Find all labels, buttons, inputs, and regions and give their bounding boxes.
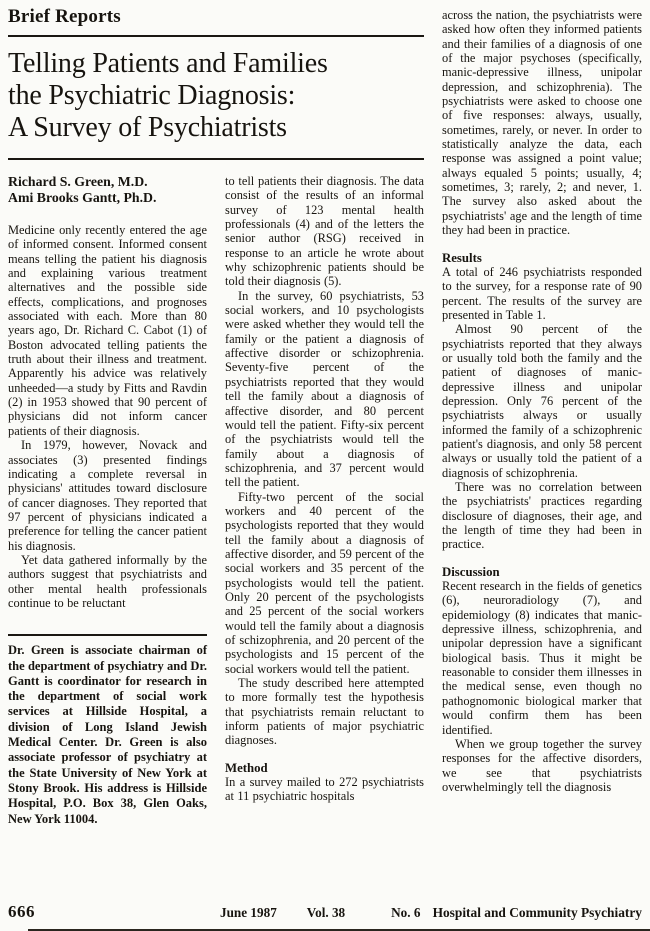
section-kicker: Brief Reports bbox=[8, 6, 424, 28]
page-number: 666 bbox=[8, 902, 35, 922]
paragraph: When we group together the survey respon… bbox=[442, 737, 642, 794]
paragraph: Almost 90 percent of the psychiatrists r… bbox=[442, 322, 642, 480]
journal-name: Hospital and Community Psychiatry bbox=[433, 905, 642, 921]
paragraph: There was no correlation between the psy… bbox=[442, 480, 642, 552]
footer-volume: Vol. 38 bbox=[307, 905, 345, 921]
section-heading-discussion: Discussion bbox=[442, 565, 642, 579]
section-heading-method: Method bbox=[225, 761, 424, 775]
paragraph: to tell patients their diagnosis. The da… bbox=[225, 174, 424, 289]
author-block: Richard S. Green, M.D. Ami Brooks Gantt,… bbox=[8, 174, 207, 206]
article-title: Telling Patients and Families the Psychi… bbox=[8, 48, 424, 144]
column-2: to tell patients their diagnosis. The da… bbox=[225, 174, 424, 827]
paragraph: Fifty-two percent of the social workers … bbox=[225, 490, 424, 676]
paragraph: across the nation, the psychiatrists wer… bbox=[442, 8, 642, 238]
author-footnote: Dr. Green is associate chairman of the d… bbox=[8, 634, 207, 827]
title-line-1: Telling Patients and Families bbox=[8, 48, 424, 80]
author-name: Ami Brooks Gantt, Ph.D. bbox=[8, 190, 207, 206]
footer-date: June 1987 bbox=[220, 905, 277, 921]
page-footer: 666 June 1987 Vol. 38 No. 6 Hospital and… bbox=[8, 902, 642, 922]
author-name: Richard S. Green, M.D. bbox=[8, 174, 207, 190]
paragraph: The study described here attempted to mo… bbox=[225, 676, 424, 748]
journal-page: Brief Reports Telling Patients and Famil… bbox=[0, 0, 650, 931]
paragraph: Medicine only recently entered the age o… bbox=[8, 223, 207, 438]
article-header: Brief Reports Telling Patients and Famil… bbox=[8, 6, 424, 174]
footer-issue: No. 6 bbox=[391, 905, 420, 921]
title-line-3: A Survey of Psychiatrists bbox=[8, 112, 424, 144]
section-heading-results: Results bbox=[442, 251, 642, 265]
paragraph: In the survey, 60 psychiatrists, 53 soci… bbox=[225, 289, 424, 490]
paragraph: Recent research in the fields of genetic… bbox=[442, 579, 642, 737]
paragraph: In a survey mailed to 272 psychiatrists … bbox=[225, 775, 424, 804]
column-1: Richard S. Green, M.D. Ami Brooks Gantt,… bbox=[8, 174, 207, 827]
column-3: across the nation, the psychiatrists wer… bbox=[442, 6, 642, 827]
kicker-rule bbox=[8, 35, 424, 37]
title-line-2: the Psychiatric Diagnosis: bbox=[8, 80, 424, 112]
page-grid: Brief Reports Telling Patients and Famil… bbox=[8, 6, 642, 827]
paragraph: A total of 246 psychiatrists responded t… bbox=[442, 265, 642, 322]
title-rule bbox=[8, 158, 424, 160]
paragraph: In 1979, however, Novack and associates … bbox=[8, 438, 207, 553]
paragraph: Yet data gathered informally by the auth… bbox=[8, 553, 207, 610]
